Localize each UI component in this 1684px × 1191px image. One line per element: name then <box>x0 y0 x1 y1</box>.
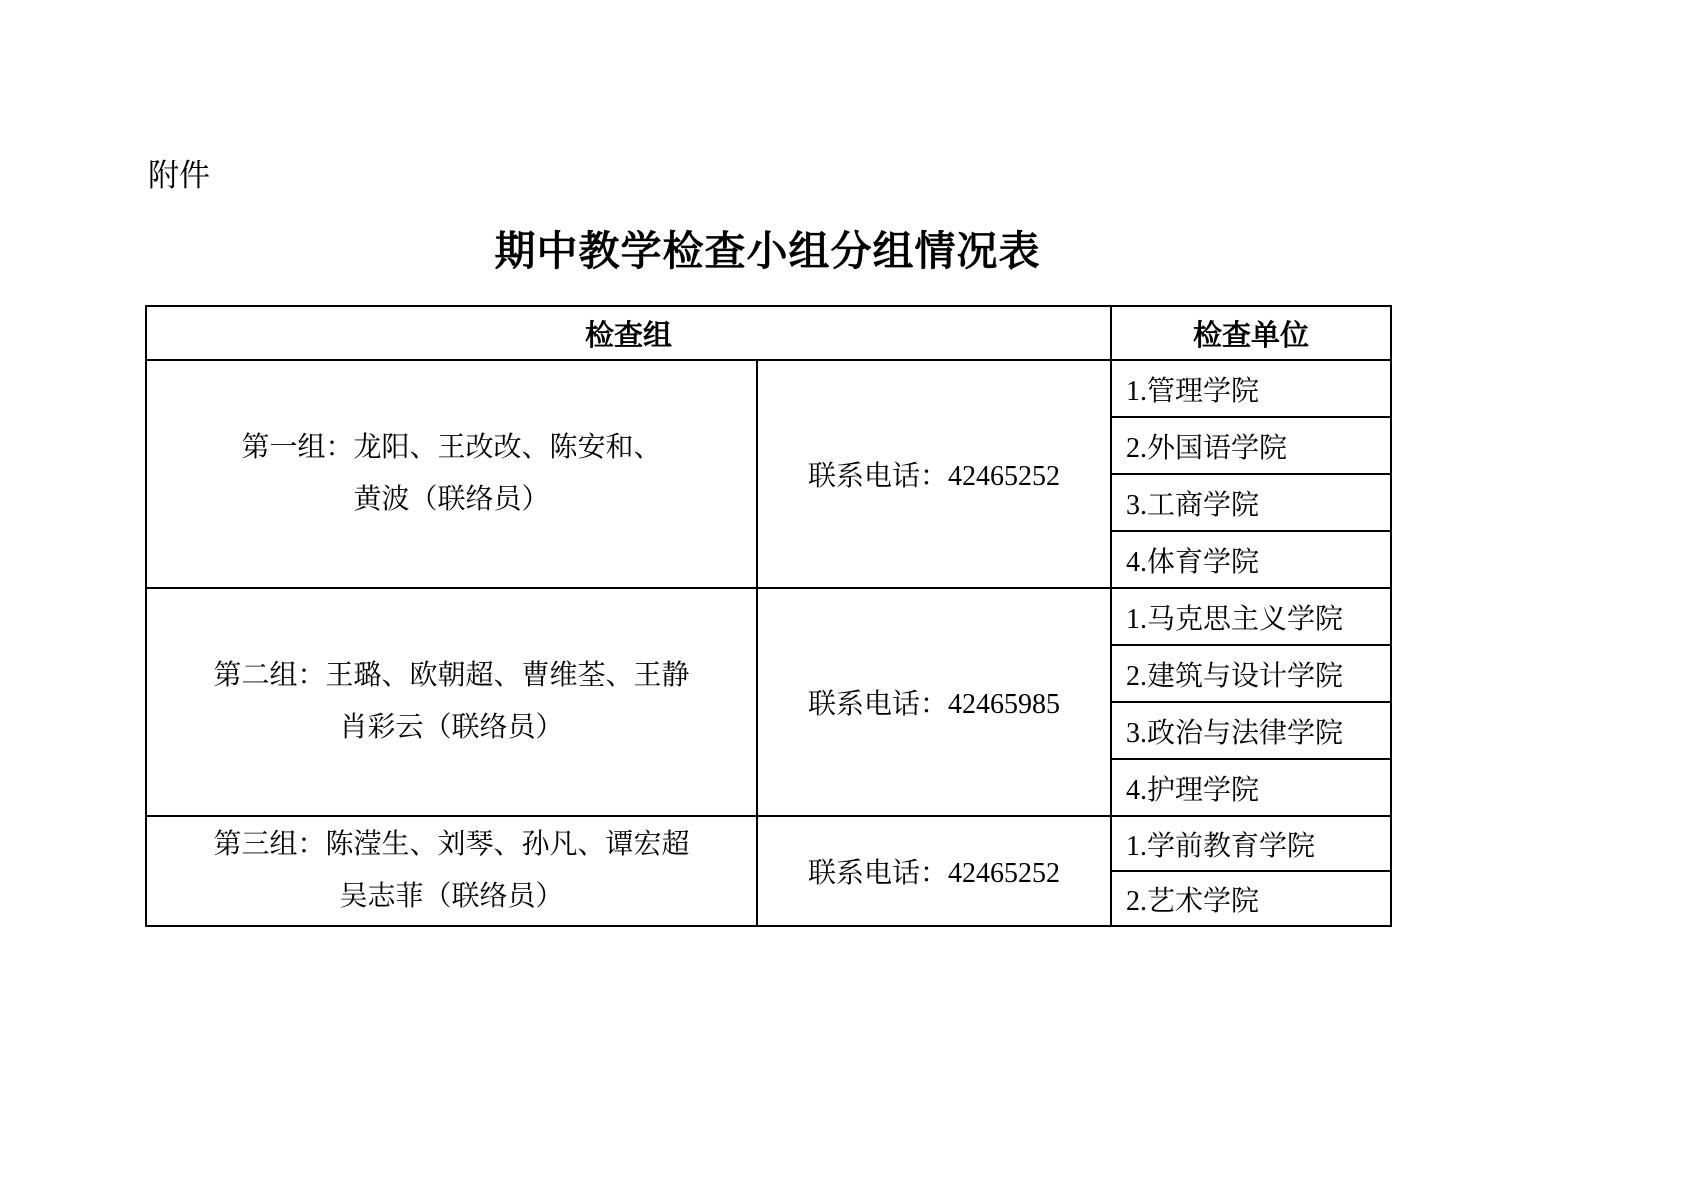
group3-phone-cell: 联系电话：42465252 <box>757 816 1111 926</box>
group3-members-line2: 吴志菲（联络员） <box>147 871 756 923</box>
table-header-row: 检查组 检查单位 <box>146 306 1391 360</box>
group1-phone-cell: 联系电话：42465252 <box>757 360 1111 588</box>
group2-members-line1: 第二组：王璐、欧朝超、曹维荃、王静 <box>147 650 756 702</box>
group3-members-line1: 第三组：陈滢生、刘琴、孙凡、谭宏超 <box>147 819 756 871</box>
group2-phone-cell: 联系电话：42465985 <box>757 588 1111 816</box>
group2-unit-cell-1: 1.马克思主义学院 <box>1111 588 1391 645</box>
table-row: 第一组：龙阳、王改改、陈安和、 黄波（联络员） 联系电话：42465252 1.… <box>146 360 1391 417</box>
group1-unit-cell-4: 4.体育学院 <box>1111 531 1391 588</box>
group2-unit-cell-2: 2.建筑与设计学院 <box>1111 645 1391 702</box>
group3-unit-cell-1: 1.学前教育学院 <box>1111 816 1391 871</box>
group2-members-cell: 第二组：王璐、欧朝超、曹维荃、王静 肖彩云（联络员） <box>146 588 757 816</box>
group3-members-cell: 第三组：陈滢生、刘琴、孙凡、谭宏超 吴志菲（联络员） <box>146 816 757 926</box>
group1-unit-cell-3: 3.工商学院 <box>1111 474 1391 531</box>
group2-unit-cell-4: 4.护理学院 <box>1111 759 1391 816</box>
column-header-inspection-group: 检查组 <box>146 306 1111 360</box>
attachment-label: 附件 <box>148 150 210 195</box>
group3-unit-cell-2: 2.艺术学院 <box>1111 871 1391 926</box>
group1-unit-cell-1: 1.管理学院 <box>1111 360 1391 417</box>
group1-members-line2: 黄波（联络员） <box>147 474 756 526</box>
group2-unit-cell-3: 3.政治与法律学院 <box>1111 702 1391 759</box>
group1-unit-cell-2: 2.外国语学院 <box>1111 417 1391 474</box>
column-header-inspection-unit: 检查单位 <box>1111 306 1391 360</box>
grouping-table: 检查组 检查单位 第一组：龙阳、王改改、陈安和、 黄波（联络员） 联系电话：42… <box>145 305 1392 927</box>
group1-members-cell: 第一组：龙阳、王改改、陈安和、 黄波（联络员） <box>146 360 757 588</box>
table-row: 第二组：王璐、欧朝超、曹维荃、王静 肖彩云（联络员） 联系电话：42465985… <box>146 588 1391 645</box>
document-page: 附件 期中教学检查小组分组情况表 检查组 检查单位 第一组：龙阳、王改改、陈安和… <box>0 0 1684 1191</box>
table-row: 第三组：陈滢生、刘琴、孙凡、谭宏超 吴志菲（联络员） 联系电话：42465252… <box>146 816 1391 871</box>
group2-members-line2: 肖彩云（联络员） <box>147 702 756 754</box>
page-title: 期中教学检查小组分组情况表 <box>145 218 1390 277</box>
group1-members-line1: 第一组：龙阳、王改改、陈安和、 <box>147 422 756 474</box>
